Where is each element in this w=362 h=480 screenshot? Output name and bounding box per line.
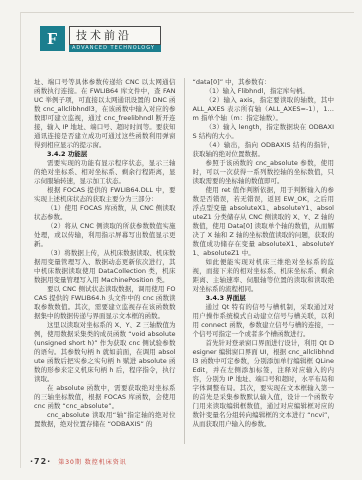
paragraph: “data[0]” 中，其参数有： [193, 78, 335, 87]
page-edge-line-left [20, 12, 21, 468]
paragraph: 参照于该函数的 cnc_absolute 参数，使用时，可以一次获得一系列数控轴… [193, 159, 335, 186]
paragraph: 如此便能实现对机床三维绝对坐标系的监视，而接下来的相对坐标系、机床坐标系、剩余距… [193, 258, 335, 294]
document-page: F 技术前沿 ADVANCED TECHNOLOGY 址、端口号等具体参数传递给… [0, 0, 362, 480]
left-column: 址、端口号等具体参数传递给 CNC 以太网通信函数执行连接。在 FWLIB64 … [34, 78, 185, 444]
page-edge-line-top [20, 12, 354, 13]
paragraph: 首先针对登录窗口界面进行设计，利用 Qt Designer 编辑窗口界面 UI，… [193, 339, 335, 429]
paragraph: 使用 ret 值作判断依据，用于判断输入的参数是否错误，若无错误，返回 EW_O… [193, 186, 335, 258]
list-item: （4）输出，指向 ODBAXIS 结构的指针，获取轴的绝对位置数据。 [193, 141, 335, 159]
section-heading: 3.4.3 界面层 [193, 294, 335, 303]
list-item: （1）使用 FOCAS 库函数，从 CNC 侧读取状态参数。 [34, 204, 176, 222]
list-item: （2）将从 CNC 侧读取的所获参数数值实施处理，或以传输，利用指示屏幕写出数值… [34, 222, 176, 249]
journal-info: 第30期 数控机床资讯 [58, 457, 127, 466]
section-header-right: 技术前沿 ADVANCED TECHNOLOGY [69, 26, 161, 52]
list-item: （3）将数据上传，从机床数据读取、机床数据用变量管理写入、数据动态更新依次进行，… [34, 249, 176, 285]
paragraph: 通过 Qt 特有的信号与槽机制，采取通过对用户操作系统模式自动建立信号与槽关联，… [193, 303, 335, 339]
page-footer: ·72· 第30期 数控机床资讯 [30, 457, 127, 466]
section-logo-letter: F [47, 29, 57, 49]
paragraph: 址、端口号等具体参数传递给 CNC 以太网通信函数执行连接。在 FWLIB64 … [34, 78, 176, 150]
page-number: ·72· [30, 457, 51, 466]
section-logo: F [40, 26, 65, 51]
paragraph: 需要实现的功能有显示程序状态，显示三轴的绝对坐标系、相对坐标系、剩余行程距离，显… [34, 159, 176, 186]
right-column: “data[0]” 中，其参数有： （1）输入 Flibhndl，指定库句柄。 … [185, 78, 335, 444]
section-title: 技术前沿 [69, 26, 161, 45]
list-item: （3）输入 length，指定数据块在 ODBAXIS 结构的大小。 [193, 123, 335, 141]
section-heading: 3.4.2 功能层 [34, 150, 176, 159]
paragraph: 根据 FOCAS 提供的 FWLIB64.DLL 中，要实现上述机床状态的获取主… [34, 186, 176, 204]
paragraph: 在 absolute 函数中，需要获取绝对坐标系的三轴坐标数值，根据 FOCAS… [34, 384, 176, 411]
paragraph: cnc_absolute 读取用“轴”指定轴的绝对位置数据，绝对位置存储在 “O… [34, 411, 176, 429]
list-item: （1）输入 Flibhndl，指定库句柄。 [193, 87, 335, 96]
paragraph: 这里以读取对坐标系的 X、Y、Z 三轴数值为例，使用数据采集类的成员函数 “vo… [34, 321, 176, 384]
section-header: F 技术前沿 ADVANCED TECHNOLOGY [40, 26, 161, 52]
article-body: 址、端口号等具体参数传递给 CNC 以太网通信函数执行连接。在 FWLIB64 … [34, 78, 334, 444]
paragraph: 要以 CNC 侧试状态读取数据，调用使用 FOCAS 提供的 FWLIB64.h… [34, 285, 176, 321]
list-item: （2）输入 axis，指定要读取的轴数，其中 ALL_AXES 表示所有轴（AL… [193, 96, 335, 123]
section-tagline: ADVANCED TECHNOLOGY [69, 45, 161, 52]
